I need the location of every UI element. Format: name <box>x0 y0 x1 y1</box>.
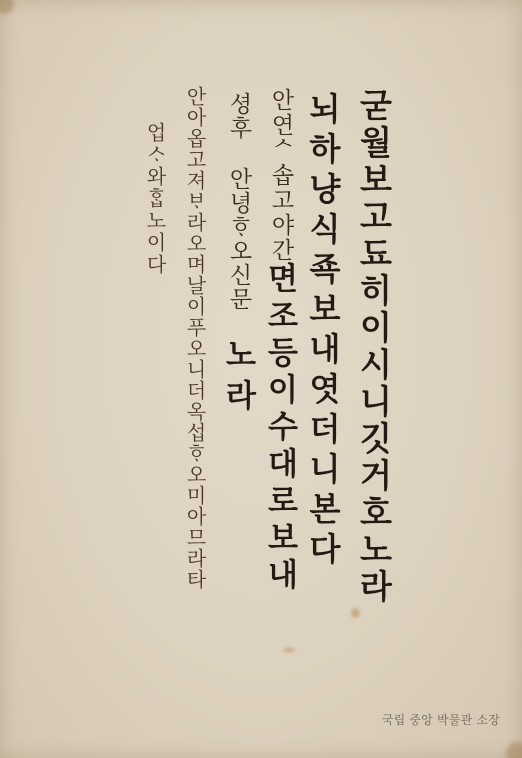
column-3-upper-text: 안연ᄉ솝고야간 <box>269 88 292 263</box>
letter-paper: 굳월보고됴히이시니깃거호노라 뇌하냥식죡보내엿더니본다 안연ᄉ솝고야간 면조등이… <box>0 0 522 758</box>
column-6-text: 업ᄉᆞ와ᄒᆞᆸ노이다 <box>145 122 165 276</box>
column-5: 안아옵고져ᄇᆞ라오며날이푸오니더옥섭ᄒᆞ오미아므라타 <box>178 86 212 593</box>
column-3-upper: 안연ᄉ솝고야간 <box>260 88 300 267</box>
column-4-upper-text: 셩후 안녕ᄒᆞ오신문 <box>227 92 250 311</box>
column-4-lower-text: 노라 <box>222 338 253 420</box>
column-6: 업ᄉᆞ와ᄒᆞᆸ노이다 <box>138 122 172 279</box>
museum-caption: 국립 중앙 박물관 소장 <box>382 711 500 728</box>
column-5-text: 안아옵고져ᄇᆞ라오며날이푸오니더옥섭ᄒᆞ오미아므라타 <box>185 86 205 590</box>
corner-stain-bottom-right <box>506 742 522 758</box>
column-2-text: 뇌하냥식죡보내엿더니본다 <box>307 92 339 572</box>
column-3-lower-text: 면조등이수대로보내 <box>264 262 295 595</box>
column-1-text: 굳월보고됴히이시니깃거호노라 <box>358 88 391 606</box>
column-4-upper: 셩후 안녕ᄒᆞ오신문 <box>218 92 258 315</box>
column-2: 뇌하냥식죡보내엿더니본다 <box>298 92 348 581</box>
ink-stain <box>283 648 295 652</box>
corner-stain-top-left <box>0 0 14 14</box>
column-1: 굳월보고됴히이시니깃거호노라 <box>347 88 401 615</box>
column-4-lower: 노라 <box>214 338 260 429</box>
column-3-lower: 면조등이수대로보내 <box>256 262 302 604</box>
